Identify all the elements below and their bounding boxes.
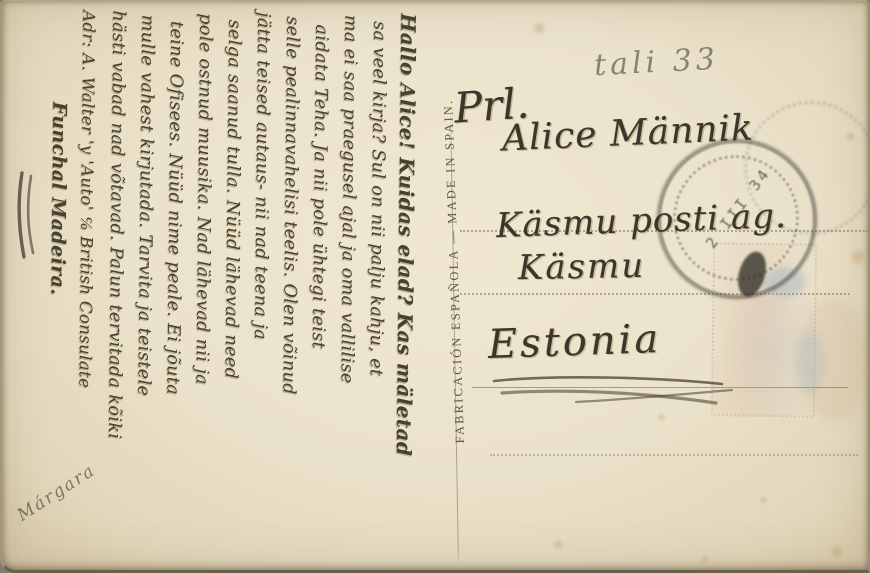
message-line: selga saanud tulla. Nüüd lähevad need bbox=[214, 19, 249, 556]
address-country: Estonia bbox=[487, 316, 662, 368]
margin-pencil-strokes bbox=[12, 167, 42, 263]
message-line: aidata Teha. Ja nii pole ühtegi teist bbox=[301, 24, 336, 557]
message-line: pole ostnud muusika. Nad lähevad nii ja bbox=[185, 13, 220, 556]
message-line: selle pealinnavahelisi teelis. Olen võin… bbox=[272, 16, 307, 557]
foxing-spot bbox=[700, 555, 709, 564]
message-line: mulle vahest kirjutada. Tarvita ja teist… bbox=[127, 14, 162, 555]
message-line: jätta teised autaus- nii nad teena ja bbox=[243, 12, 278, 557]
message-line: sa veel kirja? Sul on nii palju kahju, e… bbox=[359, 21, 394, 558]
foxing-spot bbox=[530, 21, 548, 35]
blue-pencil-smudge bbox=[795, 331, 825, 393]
address-rule-line-4 bbox=[490, 454, 858, 456]
message-line: hästi vabad nad võtavad. Palun tervitada… bbox=[98, 10, 133, 555]
country-underline-strokes bbox=[480, 369, 770, 415]
address-line2: Käsmu bbox=[518, 246, 646, 288]
pencil-note: tali 33 bbox=[593, 42, 720, 83]
postcard-back: Hallo Alice! Kuidas elad? Kas mäletadsa … bbox=[0, 0, 870, 573]
foxing-spot bbox=[850, 245, 866, 269]
message-line: ma ei saa praegusel ajal ja oma vallilis… bbox=[330, 15, 365, 558]
foxing-spot bbox=[759, 496, 768, 504]
foxing-spot bbox=[828, 545, 846, 559]
message-line: teine Ofisees. Nüüd nime peale. Ei jõuta bbox=[156, 21, 191, 556]
message-line: Hallo Alice! Kuidas elad? Kas mäletad bbox=[388, 13, 423, 558]
foxing-spot bbox=[552, 539, 565, 550]
